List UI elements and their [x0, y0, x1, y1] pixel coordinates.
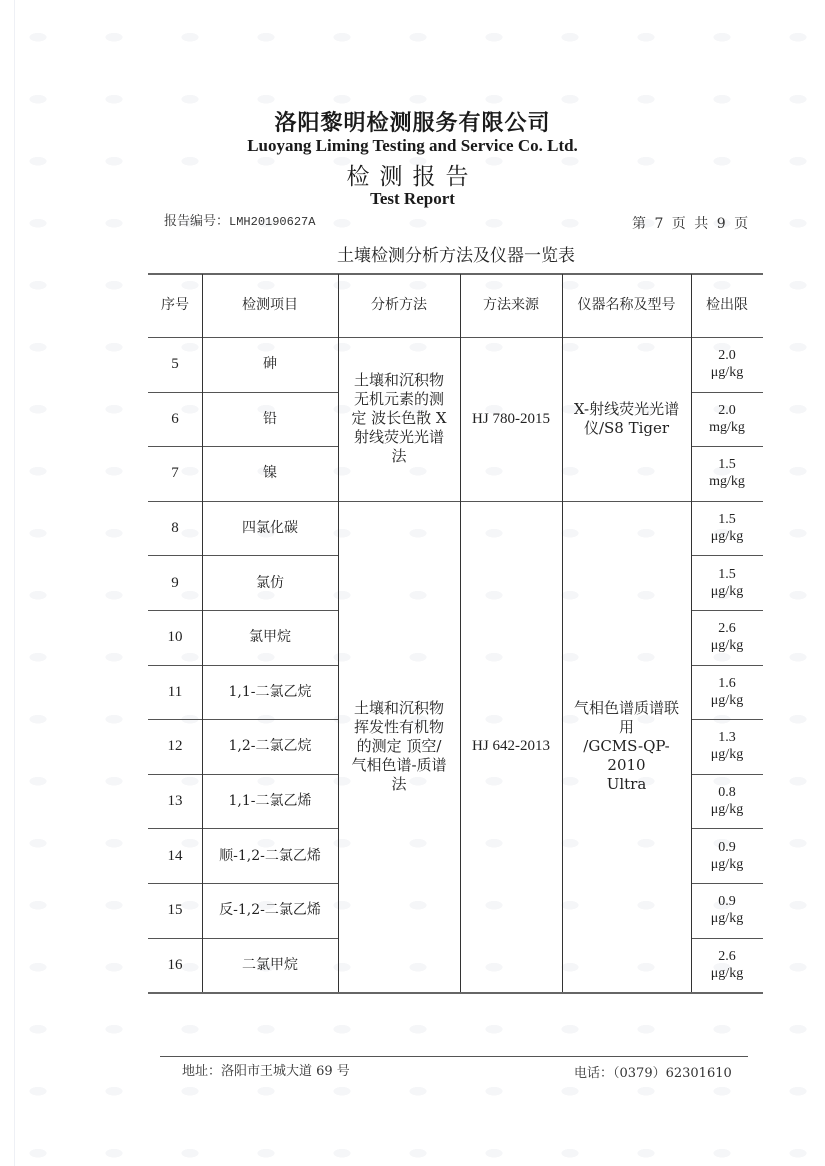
instrument-line: 仪/S8 Tiger: [584, 419, 669, 438]
row-number: 12: [148, 719, 202, 774]
limit-value: 1.5: [718, 456, 736, 473]
limit-unit: μg/kg: [711, 910, 743, 927]
method-source: HJ 780-2015: [460, 337, 562, 501]
test-item: 砷: [202, 337, 338, 392]
limit-value: 0.8: [718, 784, 736, 801]
limit-unit: μg/kg: [711, 528, 743, 545]
analysis-method: 土壤和沉积物无机元素的测定 波长色散 X射线荧光光谱法: [344, 337, 454, 501]
instrument-line: 气相色谱质谱联: [574, 699, 679, 718]
detection-limit: 0.8μg/kg: [691, 774, 763, 829]
limit-value: 2.6: [718, 948, 736, 965]
footer-address: 地址：洛阳市王城大道 69 号: [182, 1060, 350, 1079]
limit-value: 2.0: [718, 402, 736, 419]
report-number-label: 报告编号：: [164, 214, 229, 229]
limit-unit: μg/kg: [711, 746, 743, 763]
test-item: 1,1-二氯乙烷: [202, 665, 338, 720]
instrument-line: 用: [619, 718, 634, 737]
method-source: HJ 642-2013: [460, 501, 562, 992]
limit-unit: μg/kg: [711, 692, 743, 709]
row-number: 7: [148, 446, 202, 501]
column-divider: [562, 274, 563, 992]
report-title-en: Test Report: [0, 189, 825, 209]
column-header: 检测项目: [202, 273, 338, 337]
limit-value: 2.0: [718, 347, 736, 364]
method-line: 射线荧光光谱: [354, 428, 444, 447]
test-item: 镍: [202, 446, 338, 501]
instrument-line: X-射线荧光光谱: [574, 400, 679, 419]
instrument-line: Ultra: [607, 775, 647, 794]
method-line: 土壤和沉积物: [354, 699, 444, 718]
test-item: 四氯化碳: [202, 501, 338, 556]
row-number: 16: [148, 938, 202, 993]
detection-limit: 1.3μg/kg: [691, 719, 763, 774]
test-item: 顺-1,2-二氯乙烯: [202, 828, 338, 883]
row-number: 8: [148, 501, 202, 556]
limit-unit: μg/kg: [711, 637, 743, 654]
method-line: 挥发性有机物: [354, 718, 444, 737]
limit-unit: μg/kg: [711, 856, 743, 873]
limit-value: 1.3: [718, 729, 736, 746]
limit-value: 1.6: [718, 675, 736, 692]
row-number: 5: [148, 337, 202, 392]
detection-limit: 2.6μg/kg: [691, 938, 763, 993]
method-line: 土壤和沉积物: [354, 371, 444, 390]
row-number: 6: [148, 392, 202, 447]
test-item: 氯仿: [202, 555, 338, 610]
row-number: 9: [148, 555, 202, 610]
limit-value: 0.9: [718, 893, 736, 910]
test-item: 反-1,2-二氯乙烯: [202, 883, 338, 938]
page-info: 第 7 页 共 9 页: [632, 213, 748, 233]
instrument-line: /GCMS-QP-2010: [566, 737, 687, 775]
footer-divider: [160, 1056, 748, 1057]
test-item: 1,1-二氯乙烯: [202, 774, 338, 829]
column-divider: [338, 274, 339, 992]
detection-limit: 2.0μg/kg: [691, 337, 763, 392]
limit-value: 0.9: [718, 839, 736, 856]
table-title: 土壤检测分析方法及仪器一览表: [0, 241, 825, 266]
column-header: 检出限: [691, 273, 763, 337]
column-header: 方法来源: [460, 273, 562, 337]
limit-value: 1.5: [718, 511, 736, 528]
detection-limit: 2.6μg/kg: [691, 610, 763, 665]
detection-limit: 2.0mg/kg: [691, 392, 763, 447]
detection-limit: 1.6μg/kg: [691, 665, 763, 720]
footer-phone: 电话：（0379）62301610: [574, 1062, 732, 1081]
limit-unit: μg/kg: [711, 801, 743, 818]
column-header: 序号: [148, 273, 202, 337]
instrument-model: 气相色谱质谱联用/GCMS-QP-2010Ultra: [566, 501, 687, 992]
limit-value: 1.5: [718, 566, 736, 583]
method-line: 法: [391, 447, 406, 466]
limit-unit: μg/kg: [711, 583, 743, 600]
detection-limit: 1.5μg/kg: [691, 501, 763, 556]
detection-limit: 0.9μg/kg: [691, 883, 763, 938]
limit-value: 2.6: [718, 620, 736, 637]
method-line: 无机元素的测: [354, 390, 444, 409]
test-item: 1,2-二氯乙烷: [202, 719, 338, 774]
method-line: 定 波长色散 X: [351, 409, 446, 428]
analysis-method: 土壤和沉积物挥发性有机物的测定 顶空/气相色谱-质谱法: [344, 501, 454, 992]
limit-unit: mg/kg: [709, 419, 745, 436]
row-number: 10: [148, 610, 202, 665]
row-number: 13: [148, 774, 202, 829]
method-line: 气相色谱-质谱: [351, 756, 446, 775]
row-number: 15: [148, 883, 202, 938]
test-item: 二氯甲烷: [202, 938, 338, 993]
report-number-value: LMH20190627A: [229, 215, 315, 229]
row-number: 14: [148, 828, 202, 883]
limit-unit: μg/kg: [711, 364, 743, 381]
company-name-cn: 洛阳黎明检测服务有限公司: [0, 106, 825, 137]
detection-limit: 1.5μg/kg: [691, 555, 763, 610]
method-line: 的测定 顶空/: [357, 737, 442, 756]
limit-unit: mg/kg: [709, 473, 745, 490]
method-line: 法: [391, 775, 406, 794]
test-item: 铅: [202, 392, 338, 447]
row-number: 11: [148, 665, 202, 720]
column-header: 仪器名称及型号: [562, 273, 691, 337]
limit-unit: μg/kg: [711, 965, 743, 982]
company-name-en: Luoyang Liming Testing and Service Co. L…: [0, 136, 825, 156]
test-item: 氯甲烷: [202, 610, 338, 665]
detection-limit: 0.9μg/kg: [691, 828, 763, 883]
report-number: 报告编号：LMH20190627A: [164, 210, 315, 229]
report-title-cn: 检测报告: [0, 158, 825, 191]
instrument-model: X-射线荧光光谱仪/S8 Tiger: [566, 337, 687, 501]
table-bottom-border: [148, 992, 763, 994]
column-header: 分析方法: [338, 273, 460, 337]
detection-limit: 1.5mg/kg: [691, 446, 763, 501]
